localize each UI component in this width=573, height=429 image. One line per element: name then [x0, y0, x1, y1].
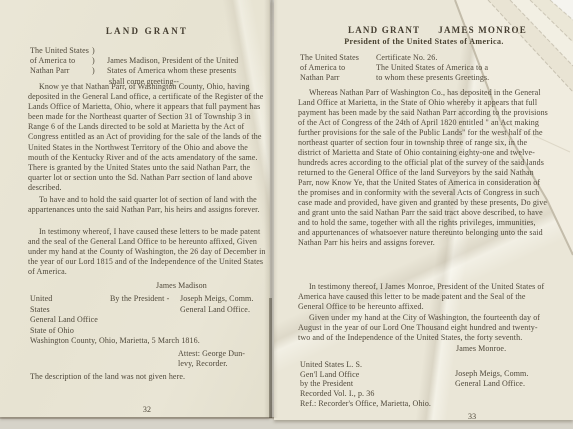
party-line: The United States — [300, 53, 376, 63]
page-seam-shadow — [264, 0, 278, 418]
heading-right: JAMES MONROE — [438, 25, 527, 35]
record-line: Recorded Vol. I., p. 36 — [300, 389, 549, 399]
caption-row: The United States ) — [30, 46, 238, 56]
commissioner-line: General Land Office. — [180, 305, 250, 315]
caption-row: of America to The United States of Ameri… — [300, 63, 489, 73]
bracket: ) — [92, 46, 107, 56]
addressee-line: James Madison, President of the United — [107, 56, 238, 66]
scanned-book-photo: LAND GRANT The United States ) of Americ… — [0, 0, 573, 429]
issuer-line: United — [30, 294, 52, 304]
certificate-line: Certificate No. 26. — [376, 53, 437, 63]
commissioner-line: Joseph Meigs, Comm. — [455, 369, 528, 379]
bracket: ) — [92, 66, 107, 76]
addressee-line: The United States of America to a — [376, 63, 488, 73]
party-line: of America to — [300, 63, 376, 73]
signature-madison: James Madison — [156, 281, 207, 291]
issuer-line: General Land Office — [30, 315, 98, 325]
caption-row: The United States Certificate No. 26. — [300, 53, 489, 63]
signature-monroe: James Monroe. — [456, 344, 506, 354]
left-page-content: LAND GRANT The United States ) of Americ… — [28, 0, 266, 417]
body-paragraph: To have and to hold the said quarter lot… — [28, 195, 266, 215]
attest-line: Attest: George Dun- — [178, 349, 245, 359]
page-number: 33 — [468, 412, 476, 422]
caption-row: Nathan Parr ) States of America whom the… — [30, 66, 238, 76]
record-line: Ref.: Recorder's Office, Marietta, Ohio. — [300, 399, 549, 409]
commissioner-line: Joseph Meigs, Comm. — [180, 294, 253, 304]
body-paragraph: Know ye that Nathan Parr, of Washington … — [28, 82, 266, 193]
parties-caption: The United States ) of America to ) Jame… — [30, 46, 238, 87]
parties-caption: The United States Certificate No. 26. of… — [300, 53, 489, 84]
commissioner-block: Joseph Meigs, Comm. General Land Office. — [455, 369, 528, 388]
party-line: The United States — [30, 46, 92, 56]
attest-line: levy, Recorder. — [178, 359, 245, 369]
by-president-line: By the President - — [110, 294, 169, 304]
editor-note: The description of the land was not give… — [30, 372, 185, 382]
record-footer: United States L. S. Gen'l Land Office by… — [300, 360, 549, 412]
party-line: of America to — [30, 56, 92, 66]
right-page: LAND GRANT JAMES MONROE President of the… — [274, 0, 573, 420]
state-block: State of Ohio Washington County, Ohio, M… — [30, 326, 200, 347]
addressee-line: to whom these presents Greetings. — [376, 73, 489, 83]
addressee-line: States of America whom these presents — [107, 66, 236, 76]
land-grant-heading: LAND GRANT — [28, 26, 266, 36]
party-line: Nathan Parr — [300, 73, 376, 83]
caption-row: of America to ) James Madison, President… — [30, 56, 238, 66]
body-paragraph: Whereas Nathan Parr of Washington Co., h… — [298, 88, 549, 248]
state-line: Washington County, Ohio, Marietta, 5 Mar… — [30, 336, 200, 346]
party-line: Nathan Parr — [30, 66, 92, 76]
right-page-content: LAND GRANT JAMES MONROE President of the… — [298, 0, 550, 420]
commissioner-line: General Land Office. — [455, 379, 528, 389]
land-grant-heading: LAND GRANT JAMES MONROE — [298, 25, 550, 35]
issuer-block: United States General Land Office By the… — [30, 294, 266, 328]
attest-block: Attest: George Dun- levy, Recorder. — [178, 349, 245, 370]
heading-left: LAND GRANT — [348, 25, 420, 35]
body-paragraph: In testimony thereof, I James Monroe, Pr… — [298, 282, 549, 311]
body-paragraph: In testimony whereof, I have caused thes… — [28, 227, 266, 277]
body-paragraph: Given under my hand at the City of Washi… — [298, 313, 549, 342]
state-line: State of Ohio — [30, 326, 200, 336]
left-page: LAND GRANT The United States ) of Americ… — [0, 0, 270, 417]
page-number: 32 — [28, 405, 266, 415]
caption-row: Nathan Parr to whom these presents Greet… — [300, 73, 489, 83]
bracket: ) — [92, 56, 107, 66]
president-subtitle: President of the United States of Americ… — [298, 37, 550, 47]
issuer-line: States — [30, 305, 50, 315]
